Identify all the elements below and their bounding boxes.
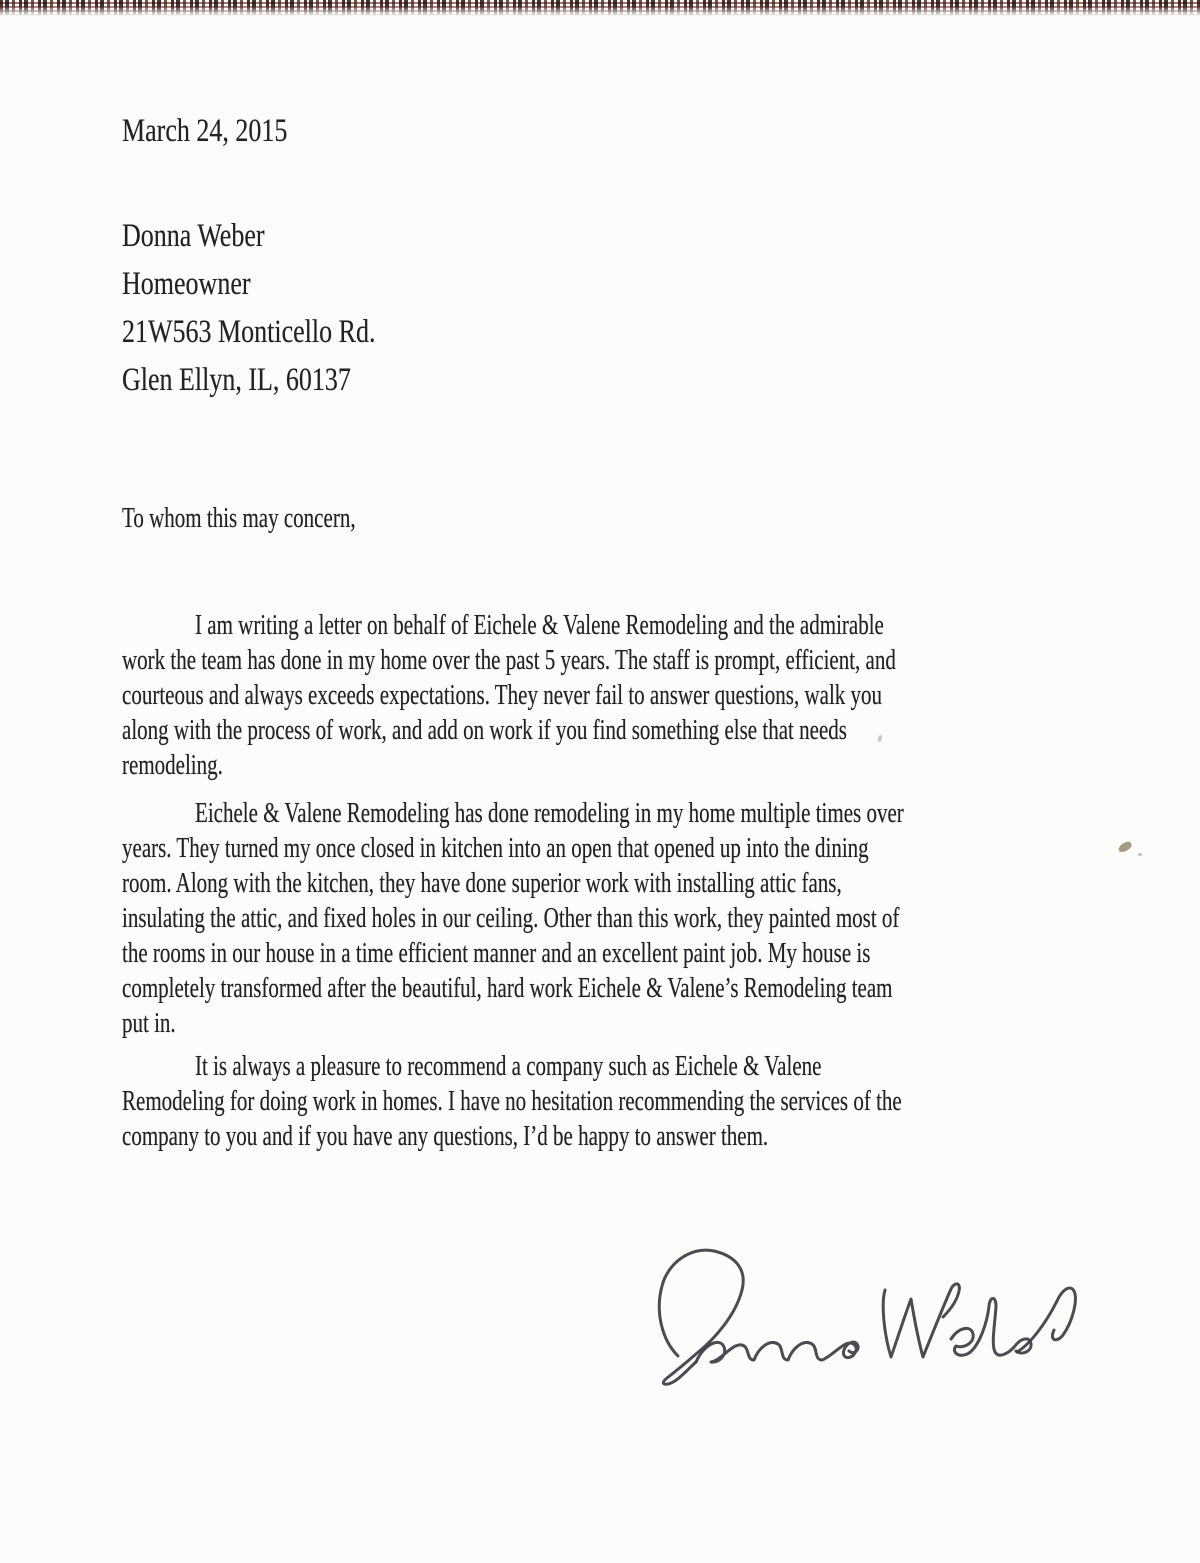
letter-date: March 24, 2015: [122, 113, 904, 161]
signature-donna-weber: [650, 1238, 1080, 1393]
sender-city-line: Glen Ellyn, IL, 60137: [122, 362, 904, 410]
body-paragraph-2: Eichele & Valene Remodeling has done rem…: [122, 802, 904, 1047]
sender-block: Donna Weber Homeowner 21W563 Monticello …: [122, 218, 904, 410]
salutation-line: To whom this may concern,: [122, 507, 904, 542]
salutation-text: To whom this may concern,: [122, 495, 356, 542]
letter-line: company to you and if you have any quest…: [122, 1125, 904, 1160]
letter-body: March 24, 2015 Donna Weber Homeowner 21W…: [122, 0, 904, 1160]
scan-speck: [1117, 840, 1133, 854]
letter-line: along with the process of work, and add …: [122, 719, 904, 754]
sender-city: Glen Ellyn, IL, 60137: [122, 350, 351, 410]
letter-date-text: March 24, 2015: [122, 101, 287, 161]
scan-speck: [1138, 853, 1142, 856]
scanned-letter-page: March 24, 2015 Donna Weber Homeowner 21W…: [0, 0, 1200, 1563]
letter-line: put in.: [122, 1012, 904, 1047]
body-paragraph-1: I am writing a letter on behalf of Eiche…: [122, 614, 904, 789]
letter-line: remodeling.: [122, 754, 904, 789]
letter-line: completely transformed after the beautif…: [122, 977, 904, 1012]
body-paragraph-3: It is always a pleasure to recommend a c…: [122, 1055, 904, 1160]
